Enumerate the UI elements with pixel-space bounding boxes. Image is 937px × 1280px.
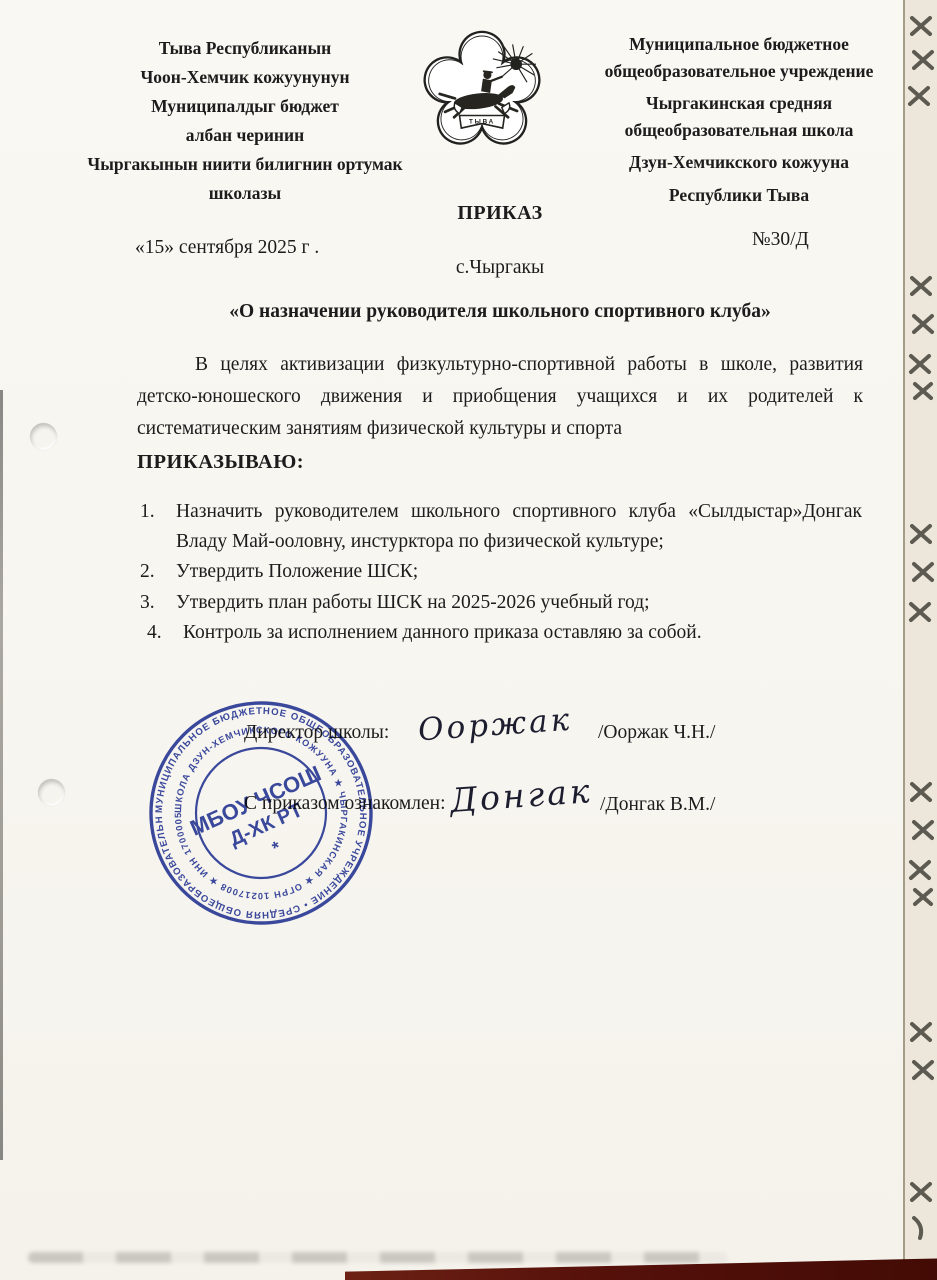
edge-pattern-cluster: [906, 272, 936, 412]
letterhead-line: Дзун-Хемчикского кожууна: [576, 149, 902, 176]
resolve-heading: ПРИКАЗЫВАЮ:: [137, 451, 304, 474]
letterhead-line: Чыргакинская средняя: [576, 90, 902, 117]
order-item: 3. Утвердить план работы ШСК на 2025-202…: [140, 588, 862, 618]
order-date: «15» сентября 2025 г .: [135, 237, 319, 259]
item-text: Утвердить Положение ШСК;: [176, 557, 862, 587]
letterhead-line: албан черинин: [82, 121, 408, 150]
item-text: Назначить руководителем школьного спорти…: [176, 497, 862, 556]
letterhead-russian: Муниципальное бюджетное общеобразователь…: [576, 31, 902, 208]
order-item: 4. Контроль за исполнением данного прика…: [140, 618, 862, 648]
scan-left-edge-shadow: [0, 390, 3, 1160]
edge-pattern-cluster: [906, 1018, 936, 1128]
item-text: Утвердить план работы ШСК на 2025-2026 у…: [176, 588, 862, 618]
letterhead-line: Муниципальное бюджетное: [576, 31, 902, 58]
document-title: ПРИКАЗ: [135, 202, 865, 225]
item-number: 1.: [140, 497, 176, 556]
edge-pattern-cluster: [906, 12, 936, 132]
letterhead-line: Чоон-Хемчик кожуунунун: [82, 63, 408, 92]
order-place: с.Чыргакы: [135, 257, 865, 279]
item-number: 4.: [140, 618, 183, 648]
order-subject: «О назначении руководителя школьного спо…: [135, 301, 865, 323]
order-items-list: 1. Назначить руководителем школьного спо…: [140, 497, 862, 649]
director-autograph: Ооржак: [417, 702, 573, 749]
edge-pattern-cluster: [906, 1178, 936, 1268]
letterhead-line: Муниципалдыг бюджет: [82, 92, 408, 121]
order-item: 1. Назначить руководителем школьного спо…: [140, 497, 862, 556]
item-number: 2.: [140, 557, 176, 587]
order-item: 2. Утвердить Положение ШСК;: [140, 557, 862, 587]
punch-hole: [30, 423, 57, 450]
item-text: Контроль за исполнением данного приказа …: [183, 618, 862, 648]
stamp-center-star: *: [269, 837, 284, 858]
punch-hole: [38, 779, 65, 806]
letterhead-line: Чыргакынын ниити билигнин ортумак: [82, 150, 408, 179]
tuva-emblem-icon: ТЫВА: [406, 30, 558, 156]
scanned-order-page: Тыва Республиканын Чоон-Хемчик кожуунуну…: [0, 0, 937, 1280]
letterhead-tuvan: Тыва Республиканын Чоон-Хемчик кожуунуну…: [82, 34, 408, 208]
order-number: №30/Д: [752, 229, 809, 251]
letterhead-line: общеобразовательное учреждение: [576, 58, 902, 85]
ribbon-text: ТЫВА: [469, 119, 495, 126]
scan-bottom-smudge: [28, 1252, 728, 1263]
edge-pattern-cluster: [906, 520, 936, 660]
order-preamble: В целях активизации физкультурно-спортив…: [137, 349, 863, 445]
school-round-stamp: МУНИЦИПАЛЬНОЕ БЮДЖЕТНОЕ ОБЩЕОБРАЗОВАТЕЛЬ…: [140, 692, 382, 934]
acknowledged-autograph: Донгак: [449, 771, 594, 820]
acknowledged-name: /Донгак В.М./: [600, 794, 715, 816]
letterhead-line: Тыва Республиканын: [82, 34, 408, 63]
edge-pattern-cluster: [906, 778, 936, 918]
item-number: 3.: [140, 588, 176, 618]
letterhead-line: общеобразовательная школа: [576, 117, 902, 144]
director-name: /Ооржак Ч.Н./: [598, 722, 715, 744]
